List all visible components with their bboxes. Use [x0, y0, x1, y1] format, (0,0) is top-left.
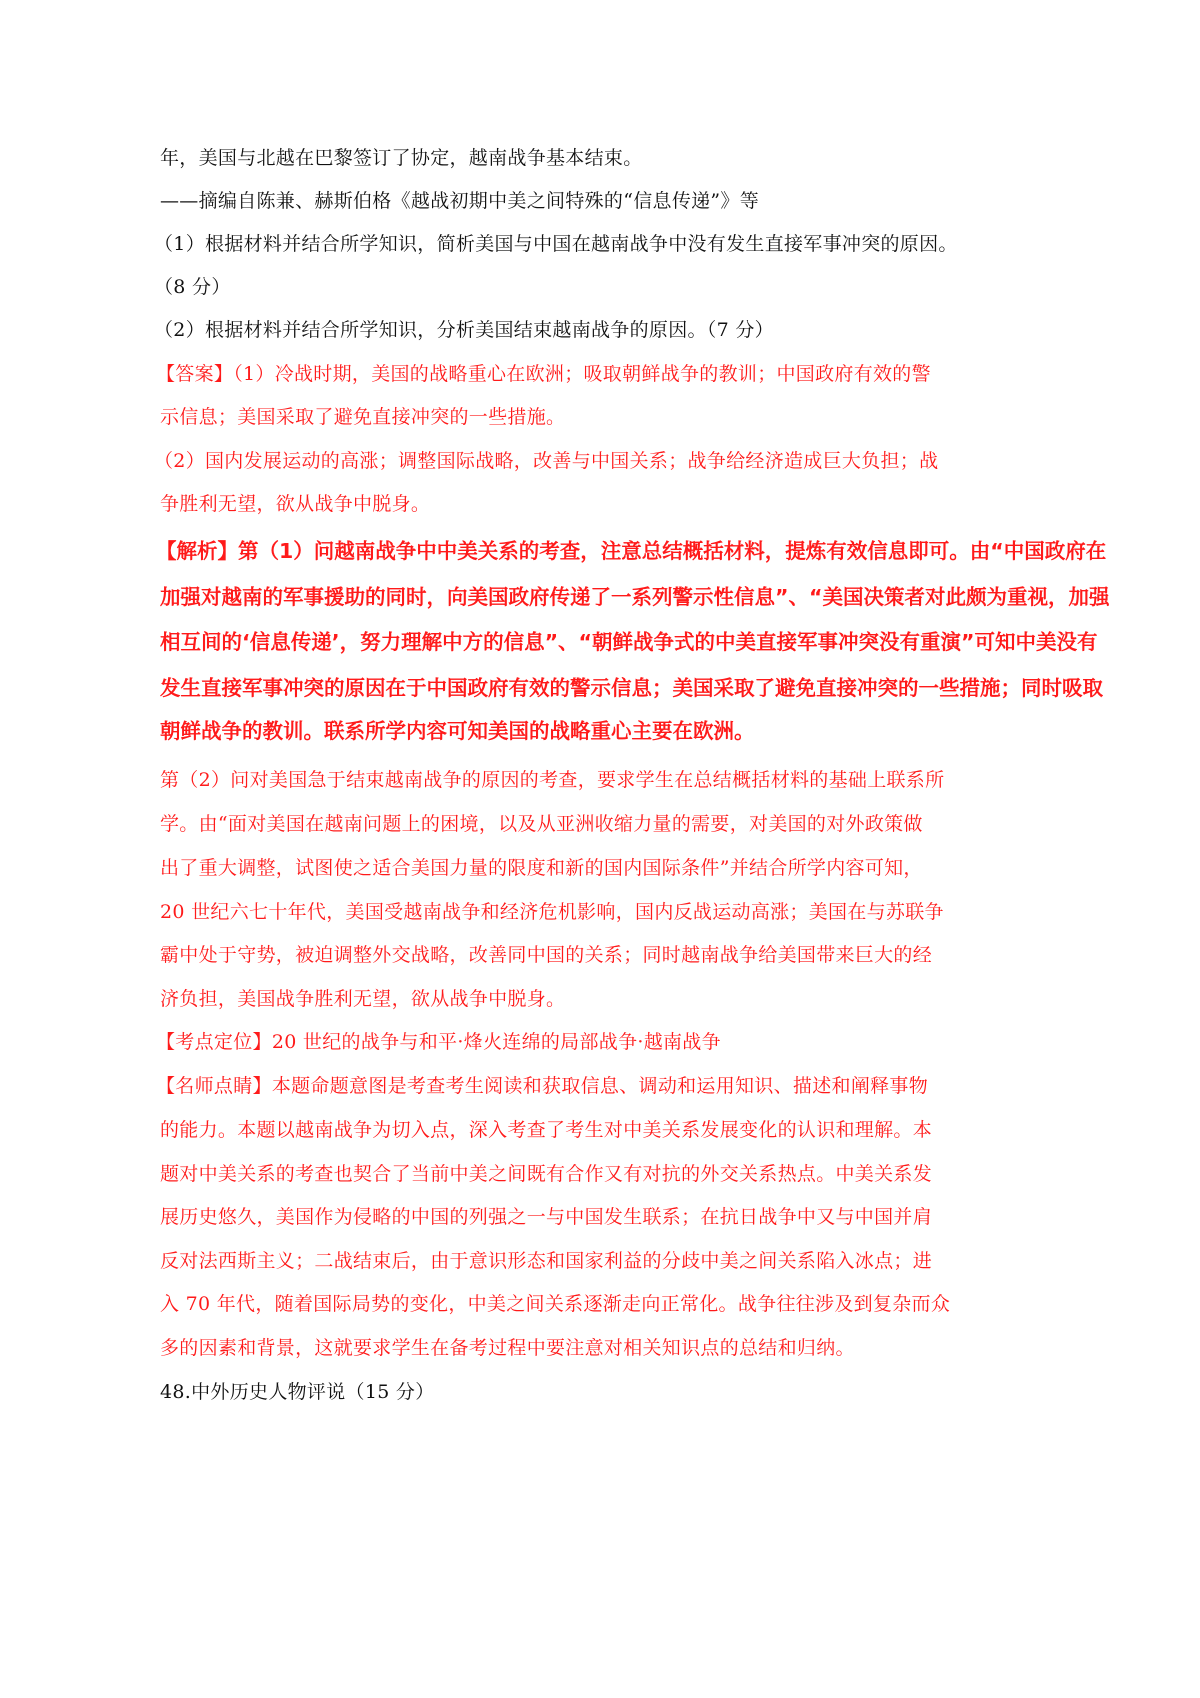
- document-page: 年，美国与北越在巴黎签订了协定，越南战争基本结束。 ——摘编自陈兼、赫斯伯格《越…: [0, 0, 1200, 1698]
- question-1-text: （1）根据材料并结合所学知识，简析美国与中国在越南战争中没有发生直接军事冲突的原…: [154, 232, 958, 256]
- analysis-line-2: 加强对越南的军事援助的同时，向美国政府传递了一系列警示性信息”、“美国决策者对此…: [160, 585, 1109, 609]
- analysis2-line-5: 霸中处于守势，被迫调整外交战略，改善同中国的关系；同时越南战争给美国带来巨大的经: [160, 943, 932, 967]
- exam-point-text: 20 世纪的战争与和平·烽火连绵的局部战争·越南战争: [272, 1031, 721, 1053]
- teacher-notes-text: 本题命题意图是考查考生阅读和获取信息、调动和运用知识、描述和阐释事物: [272, 1075, 928, 1097]
- material-source: ——摘编自陈兼、赫斯伯格《越战初期中美之间特殊的“信息传递”》等: [160, 189, 759, 213]
- question-2-text: （2）根据材料并结合所学知识，分析美国结束越南战争的原因。（7 分）: [154, 318, 774, 342]
- analysis2-line-2: 学。由“面对美国在越南问题上的困境，以及从亚洲收缩力量的需要，对美国的对外政策做: [160, 812, 923, 836]
- teacher-notes-line-3: 题对中美关系的考查也契合了当前中美之间既有合作又有对抗的外交关系热点。中美关系发: [160, 1162, 932, 1186]
- teacher-notes-label: 【名师点睛】: [156, 1075, 272, 1097]
- analysis2-line-6: 济负担，美国战争胜利无望，欲从战争中脱身。: [160, 987, 565, 1011]
- answer-label: 【答案】: [156, 363, 233, 385]
- analysis2-line-1: 第（2）问对美国急于结束越南战争的原因的考查，要求学生在总结概括材料的基础上联系…: [160, 768, 944, 792]
- teacher-notes-line-1: 【名师点睛】本题命题意图是考查考生阅读和获取信息、调动和运用知识、描述和阐释事物: [156, 1074, 928, 1098]
- answer-text: （1）冷战时期，美国的战略重心在欧洲；吸取朝鲜战争的教训；中国政府有效的警: [233, 363, 931, 385]
- analysis-label: 【解析】: [156, 539, 238, 563]
- answer-line-3: （2）国内发展运动的高涨；调整国际战略，改善与中国关系；战争给经济造成巨大负担；…: [154, 449, 938, 473]
- material-tail-text: 年，美国与北越在巴黎签订了协定，越南战争基本结束。: [160, 146, 643, 170]
- analysis-line-5: 朝鲜战争的教训。联系所学内容可知美国的战略重心主要在欧洲。: [160, 719, 755, 743]
- teacher-notes-line-6: 入 70 年代，随着国际局势的变化，中美之间关系逐渐走向正常化。战争往往涉及到复…: [160, 1292, 950, 1316]
- question-1-score: （8 分）: [154, 275, 231, 299]
- teacher-notes-line-5: 反对法西斯主义；二战结束后，由于意识形态和国家利益的分歧中美之间关系陷入冰点；进: [160, 1249, 932, 1273]
- teacher-notes-line-4: 展历史悠久，美国作为侵略的中国的列强之一与中国发生联系；在抗日战争中又与中国并肩: [160, 1205, 932, 1229]
- teacher-notes-line-2: 的能力。本题以越南战争为切入点，深入考查了考生对中美关系发展变化的认识和理解。本: [160, 1118, 932, 1142]
- analysis2-line-3: 出了重大调整，试图使之适合美国力量的限度和新的国内国际条件”并结合所学内容可知，: [160, 856, 923, 880]
- next-question-heading: 48.中外历史人物评说（15 分）: [160, 1380, 435, 1404]
- teacher-notes-line-7: 多的因素和背景，这就要求学生在备考过程中要注意对相关知识点的总结和归纳。: [160, 1336, 855, 1360]
- answer-line-4: 争胜利无望，欲从战争中脱身。: [160, 492, 430, 516]
- answer-line-1: 【答案】（1）冷战时期，美国的战略重心在欧洲；吸取朝鲜战争的教训；中国政府有效的…: [156, 362, 931, 386]
- exam-point-label: 【考点定位】: [156, 1031, 272, 1053]
- answer-line-2: 示信息；美国采取了避免直接冲突的一些措施。: [160, 405, 565, 429]
- analysis-text: 第（1）问越南战争中中美关系的考查，注意总结概括材料，提炼有效信息即可。由“中国…: [238, 539, 1106, 563]
- analysis2-line-4: 20 世纪六七十年代，美国受越南战争和经济危机影响，国内反战运动高涨；美国在与苏…: [160, 900, 944, 924]
- analysis-line-3: 相互间的‘信息传递’，努力理解中方的信息”、“朝鲜战争式的中美直接军事冲突没有重…: [160, 630, 1098, 654]
- exam-point-line: 【考点定位】20 世纪的战争与和平·烽火连绵的局部战争·越南战争: [156, 1030, 721, 1054]
- analysis-line-4: 发生直接军事冲突的原因在于中国政府有效的警示信息；美国采取了避免直接冲突的一些措…: [160, 676, 1103, 700]
- analysis-line-1: 【解析】第（1）问越南战争中中美关系的考查，注意总结概括材料，提炼有效信息即可。…: [156, 539, 1106, 563]
